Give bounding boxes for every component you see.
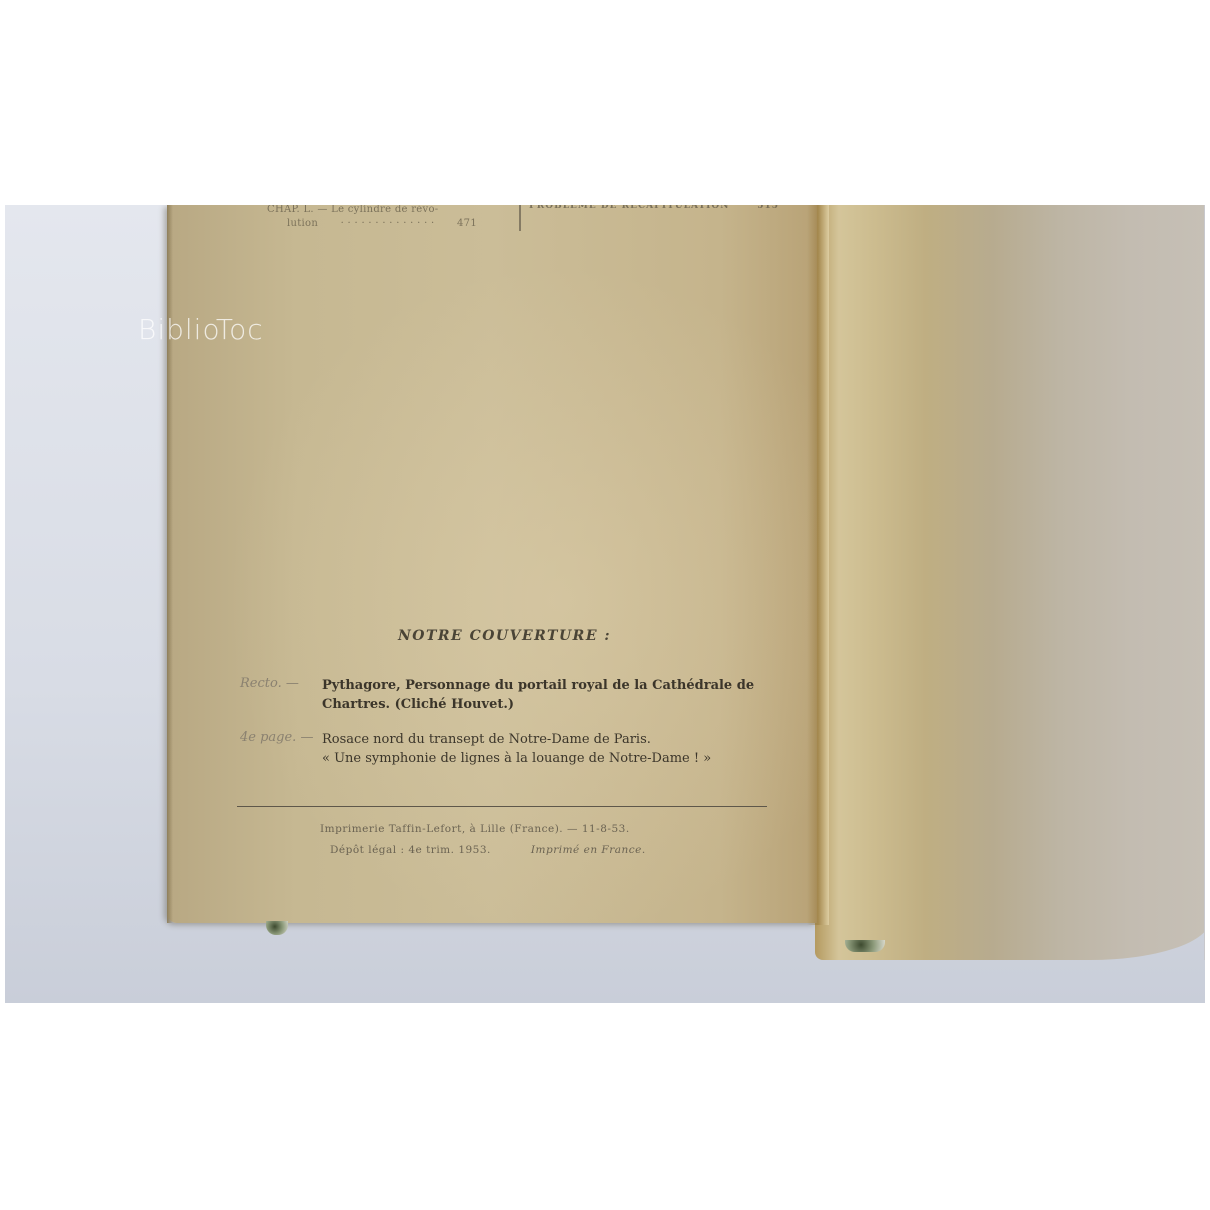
legal-deposit: Dépôt légal : 4e trim. 1953. bbox=[330, 840, 491, 861]
toc-entry-text: PROBLÈME DE RÉCAPITULATION bbox=[529, 205, 729, 211]
printer-imprint: Imprimerie Taffin-Lefort, à Lille (Franc… bbox=[320, 819, 740, 861]
page4-line1: Rosace nord du transept de Notre-Dame de… bbox=[322, 730, 711, 749]
toc-entry-page: 471 bbox=[457, 217, 477, 231]
imprint-line2: Dépôt légal : 4e trim. 1953. Imprimé en … bbox=[320, 840, 740, 861]
page4-text: Rosace nord du transept de Notre-Dame de… bbox=[322, 730, 711, 768]
toc-leader: · · · · · · · · · · · · · · bbox=[341, 217, 435, 231]
page4-label: 4e page. — bbox=[240, 730, 322, 768]
page4-line2: « Une symphonie de lignes à la louange d… bbox=[322, 749, 711, 768]
left-page bbox=[167, 205, 817, 923]
cover-page4-entry: 4e page. — Rosace nord du transept de No… bbox=[240, 730, 780, 768]
toc-right-column: PROBLÈME DE RÉCAPITULATION 515 bbox=[529, 205, 779, 211]
binding-clip bbox=[845, 940, 885, 952]
toc-entry-line2: lution · · · · · · · · · · · · · · 471 bbox=[267, 217, 477, 231]
cover-title: NOTRE COUVERTURE : bbox=[398, 628, 611, 644]
toc-left-column: CHAP. L. — Le cylindre de révo- lution ·… bbox=[267, 205, 477, 231]
recto-text: Pythagore, Personnage du portail royal d… bbox=[322, 676, 754, 714]
recto-line2: Chartres. (Cliché Houvet.) bbox=[322, 695, 754, 714]
toc-entry-line1: CHAP. L. — Le cylindre de révo- bbox=[267, 205, 477, 217]
toc-entry-page: 515 bbox=[757, 205, 779, 211]
printed-in: Imprimé en France. bbox=[531, 840, 646, 861]
horizontal-rule bbox=[237, 806, 767, 807]
cover-recto-entry: Recto. — Pythagore, Personnage du portai… bbox=[240, 676, 780, 714]
imprint-line1: Imprimerie Taffin-Lefort, à Lille (Franc… bbox=[320, 819, 740, 840]
bibliotoc-watermark: BiblioToc bbox=[138, 313, 264, 346]
toc-entry-text: lution bbox=[287, 217, 318, 231]
book-gutter bbox=[807, 205, 829, 925]
binding-clip bbox=[266, 921, 288, 935]
recto-label: Recto. — bbox=[240, 676, 322, 714]
recto-line1: Pythagore, Personnage du portail royal d… bbox=[322, 676, 754, 695]
column-divider bbox=[519, 205, 521, 231]
right-page-curled bbox=[815, 205, 1205, 960]
